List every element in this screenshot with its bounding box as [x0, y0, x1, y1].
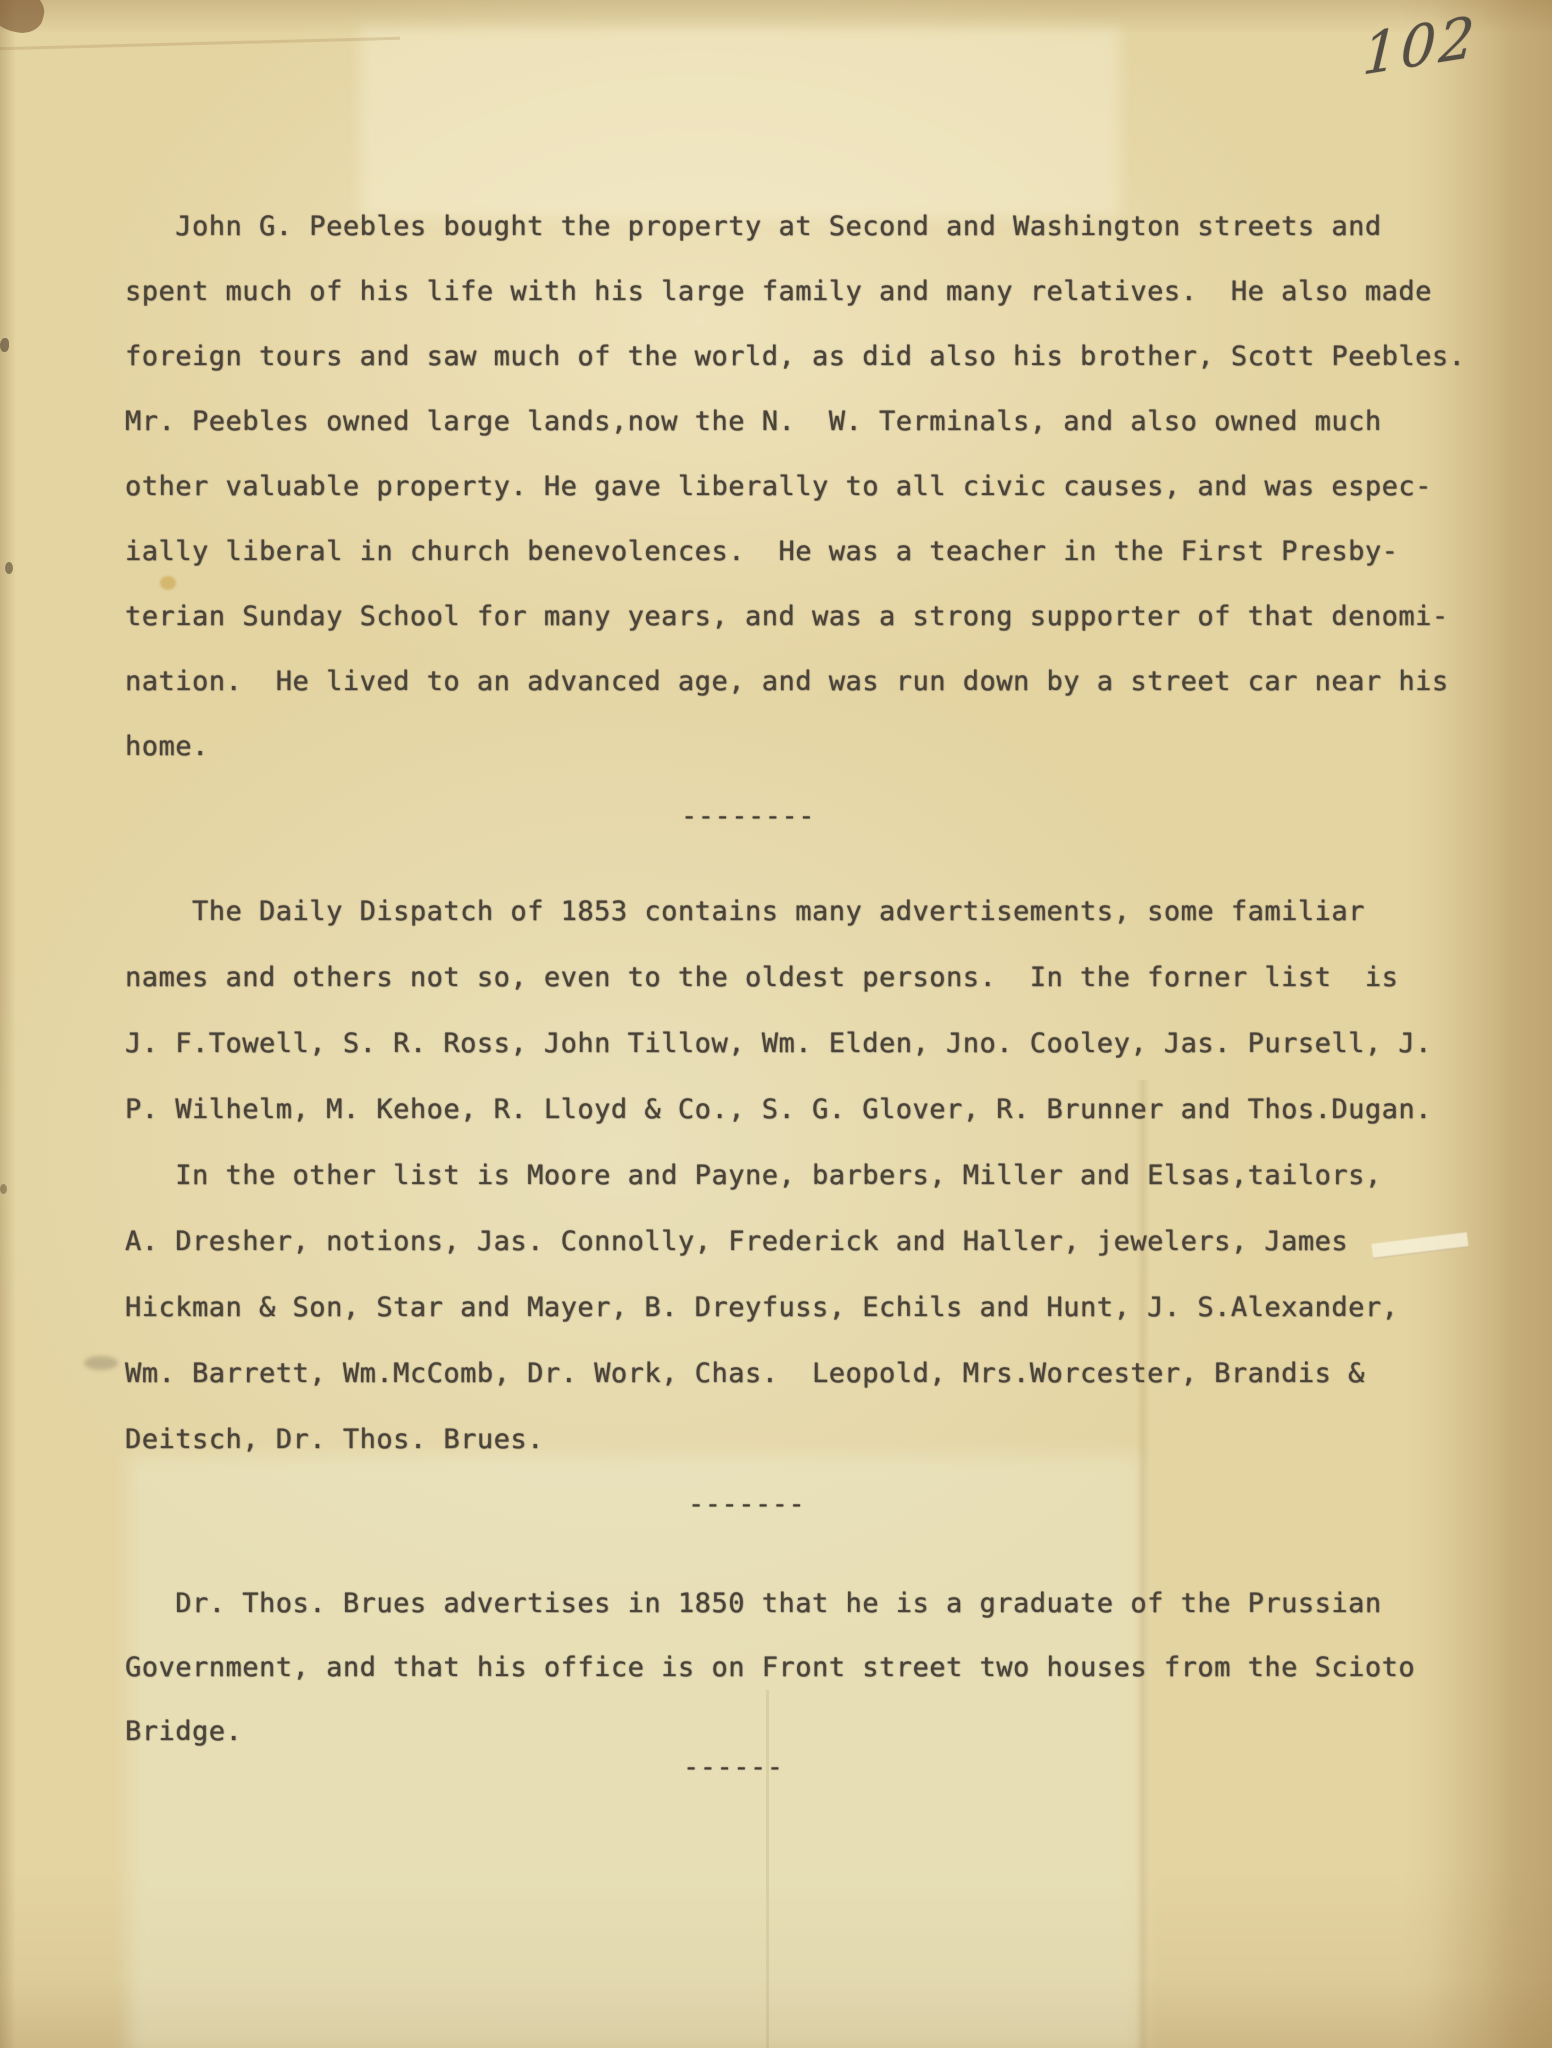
paper-light-patch-top [360, 28, 1120, 218]
text-line: other valuable property. He gave liberal… [125, 454, 1465, 519]
paragraph-peebles-biography: John G. Peebles bought the property at S… [125, 194, 1465, 779]
text-line: home. [125, 714, 1465, 779]
text-line: names and others not so, even to the old… [125, 945, 1432, 1011]
pencil-smudge [84, 1356, 118, 1370]
text-line: spent much of his life with his large fa… [125, 259, 1465, 324]
paragraph-daily-dispatch-lists: The Daily Dispatch of 1853 contains many… [125, 879, 1432, 1473]
paper-crease-horizontal-top [0, 37, 400, 50]
paper-edge-speck [0, 338, 9, 352]
text-line: Dr. Thos. Brues advertises in 1850 that … [125, 1572, 1415, 1636]
text-line: ially liberal in church benevolences. He… [125, 519, 1465, 584]
text-line: Mr. Peebles owned large lands,now the N.… [125, 389, 1465, 454]
paper-edge-speck [0, 1184, 7, 1194]
text-line: Government, and that his office is on Fr… [125, 1636, 1415, 1700]
text-line: Wm. Barrett, Wm.McComb, Dr. Work, Chas. … [125, 1341, 1432, 1407]
paper-edge-speck [5, 562, 13, 574]
text-line: The Daily Dispatch of 1853 contains many… [125, 879, 1432, 945]
text-line: nation. He lived to an advanced age, and… [125, 649, 1465, 714]
text-line: A. Dresher, notions, Jas. Connolly, Fred… [125, 1209, 1432, 1275]
paragraph-dr-brues-advertisement: Dr. Thos. Brues advertises in 1850 that … [125, 1572, 1415, 1764]
section-divider: ------- [688, 1488, 805, 1522]
text-line: foreign tours and saw much of the world,… [125, 324, 1465, 389]
page-number-handwritten: 102 [1361, 4, 1479, 88]
text-line: In the other list is Moore and Payne, ba… [125, 1143, 1432, 1209]
paper-corner-stain [0, 0, 48, 38]
text-line: P. Wilhelm, M. Kehoe, R. Lloyd & Co., S.… [125, 1077, 1432, 1143]
text-line: terian Sunday School for many years, and… [125, 584, 1465, 649]
text-line: John G. Peebles bought the property at S… [125, 194, 1465, 259]
scanned-document-page: 102 John G. Peebles bought the property … [0, 0, 1552, 2048]
text-line: Hickman & Son, Star and Mayer, B. Dreyfu… [125, 1275, 1432, 1341]
text-line: J. F.Towell, S. R. Ross, John Tillow, Wm… [125, 1011, 1432, 1077]
section-divider: ------ [683, 1751, 784, 1785]
section-divider: -------- [681, 800, 815, 834]
text-line: Deitsch, Dr. Thos. Brues. [125, 1407, 1432, 1473]
